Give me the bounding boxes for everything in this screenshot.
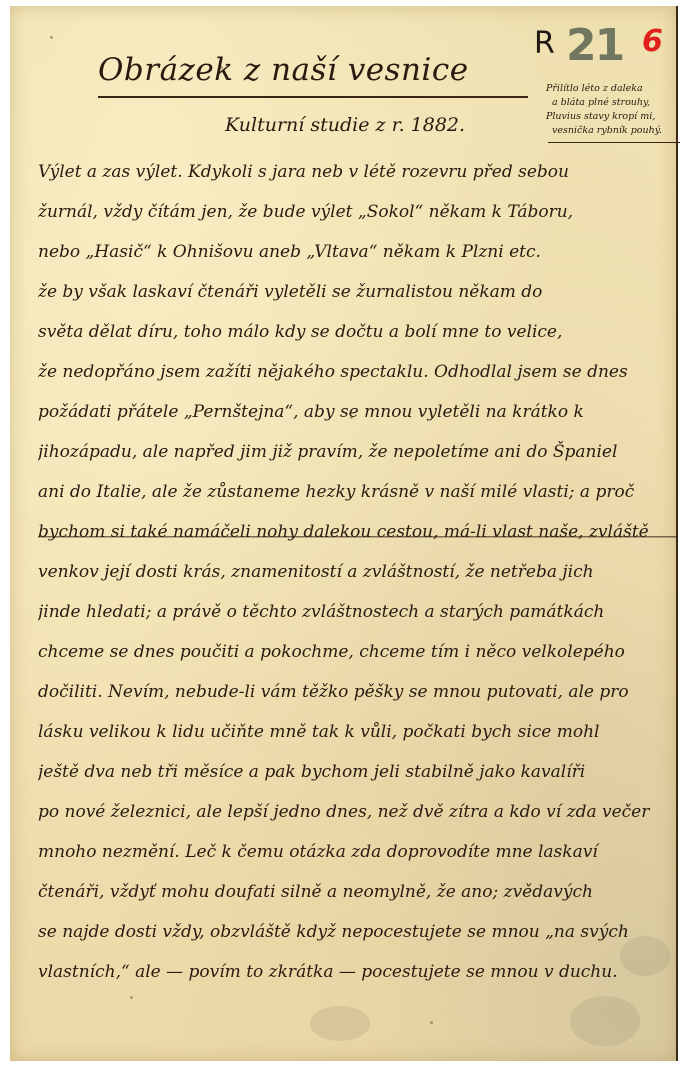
body-line: dočiliti. Nevím, nebude-li vám těžko pěš… <box>38 672 678 712</box>
marginal-note-line: Přilítlo léto z daleka <box>546 82 680 96</box>
page-title: Obrázek z naší vesnice <box>98 52 469 88</box>
body-line: ještě dva neb tři měsíce a pak bychom je… <box>38 752 678 792</box>
body-line: žurnál, vždy čítám jen, že bude výlet „S… <box>38 192 678 232</box>
body-line: jihozápadu, ale napřed jim již pravím, ž… <box>38 432 678 472</box>
paper-stain <box>570 996 640 1046</box>
title-underline <box>98 96 528 98</box>
body-line: že by však laskaví čtenáři vyletěli se ž… <box>38 272 678 312</box>
body-line: ani do Italie, ale že zůstaneme hezky kr… <box>38 472 678 512</box>
marginal-note: Přilítlo léto z daleka a bláta plné stro… <box>546 82 680 138</box>
body-line-struck: bychom si také namáčeli nohy dalekou ces… <box>38 512 678 552</box>
paper-stain <box>310 1006 370 1041</box>
body-line: lásku velikou k lidu učiňte mně tak k vů… <box>38 712 678 752</box>
paper-speck <box>430 1021 433 1024</box>
body-line: venkov její dosti krás, znamenitostí a z… <box>38 552 678 592</box>
body-line: že nedopřáno jsem zažíti nějakého specta… <box>38 352 678 392</box>
marginal-note-line: a bláta plné strouhy, <box>546 96 680 110</box>
marginal-note-underline <box>548 142 680 143</box>
body-line: po nové železnici, ale lepší jedno dnes,… <box>38 792 678 832</box>
marginal-note-line: vesnička rybník pouhý. <box>546 124 680 138</box>
paper-speck <box>130 996 133 999</box>
body-line: čtenáři, vždyť mohu doufati silně a neom… <box>38 872 678 912</box>
body-line: jinde hledati; a právě o těchto zvláštno… <box>38 592 678 632</box>
paper-speck <box>50 36 53 39</box>
archive-letter-mark: R <box>534 26 555 61</box>
body-line: vlastních,“ ale — povím to zkrátka — poc… <box>38 952 678 992</box>
body-line: mnoho nezmění. Leč k čemu otázka zda dop… <box>38 832 678 872</box>
body-text: Výlet a zas výlet. Kdykoli s jara neb v … <box>38 152 678 992</box>
body-line: nebo „Hasič“ k Ohnišovu aneb „Vltava“ ně… <box>38 232 678 272</box>
body-line: chceme se dnes poučiti a pokochme, chcem… <box>38 632 678 672</box>
marginal-note-line: Pluvius stavy kropí mi, <box>546 110 680 124</box>
manuscript-page: R 21 6 Obrázek z naší vesnice Kulturní s… <box>10 6 678 1061</box>
body-line: Výlet a zas výlet. Kdykoli s jara neb v … <box>38 152 678 192</box>
page-subtitle: Kulturní studie z r. 1882. <box>225 114 465 136</box>
archive-stamp-number: 21 <box>566 20 623 71</box>
folio-number: 6 <box>642 24 663 59</box>
body-line: se najde dosti vždy, obzvláště když nepo… <box>38 912 678 952</box>
body-line: světa dělat díru, toho málo kdy se dočtu… <box>38 312 678 352</box>
body-line: požádati přátele „Pernštejna“, aby se mn… <box>38 392 678 432</box>
